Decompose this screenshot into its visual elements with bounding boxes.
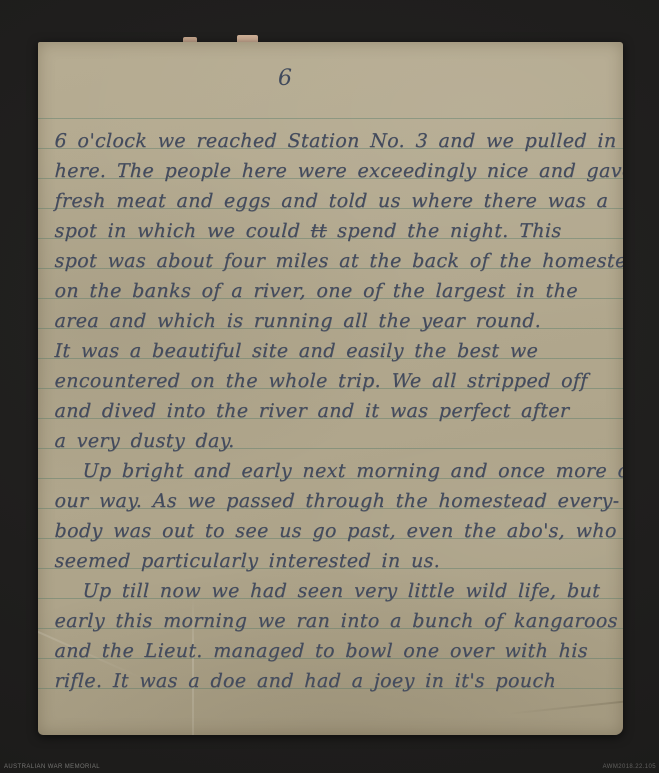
line-text: spend the night. This xyxy=(326,220,562,242)
handwritten-line: on the banks of a river, one of the larg… xyxy=(54,276,621,306)
letter-page: 6 6 o'clock we reached Station No. 3 and… xyxy=(38,42,623,735)
handwritten-line: fresh meat and eggs and told us where th… xyxy=(54,186,621,216)
handwritten-line: spot in which we could tt spend the nigh… xyxy=(54,216,621,246)
handwritten-line: and dived into the river and it was perf… xyxy=(54,396,621,426)
letter-body: 6 o'clock we reached Station No. 3 and w… xyxy=(54,126,620,696)
handwritten-line: seemed particularly interested in us. xyxy=(54,546,621,576)
handwritten-line: early this morning we ran into a bunch o… xyxy=(54,606,621,636)
archive-attribution: AUSTRALIAN WAR MEMORIAL xyxy=(4,764,100,770)
handwritten-line: It was a beautiful site and easily the b… xyxy=(54,336,621,366)
handwritten-line: here. The people here were exceedingly n… xyxy=(54,156,621,186)
archive-accession-number: AWM2018.22.105 xyxy=(603,764,656,770)
handwritten-line: Up bright and early next morning and onc… xyxy=(54,456,621,486)
handwritten-line: a very dusty day. xyxy=(54,426,621,456)
handwritten-line: 6 o'clock we reached Station No. 3 and w… xyxy=(54,126,621,156)
page-number: 6 xyxy=(278,66,292,91)
handwritten-line: and the Lieut. managed to bowl one over … xyxy=(54,636,621,666)
handwritten-line: rifle. It was a doe and had a joey in it… xyxy=(54,666,621,696)
handwritten-line: encountered on the whole trip. We all st… xyxy=(54,366,621,396)
handwritten-line: Up till now we had seen very little wild… xyxy=(54,576,621,606)
paper-crease xyxy=(508,699,623,715)
handwritten-line: body was out to see us go past, even the… xyxy=(54,516,621,546)
handwritten-line: area and which is running all the year r… xyxy=(54,306,621,336)
line-text: spot in which we could xyxy=(54,220,311,242)
handwritten-line: our way. As we passed through the homest… xyxy=(54,486,621,516)
handwritten-line: spot was about four miles at the back of… xyxy=(54,246,621,276)
crossed-out-word: tt xyxy=(310,220,327,242)
scan-backdrop: 6 6 o'clock we reached Station No. 3 and… xyxy=(0,0,659,773)
